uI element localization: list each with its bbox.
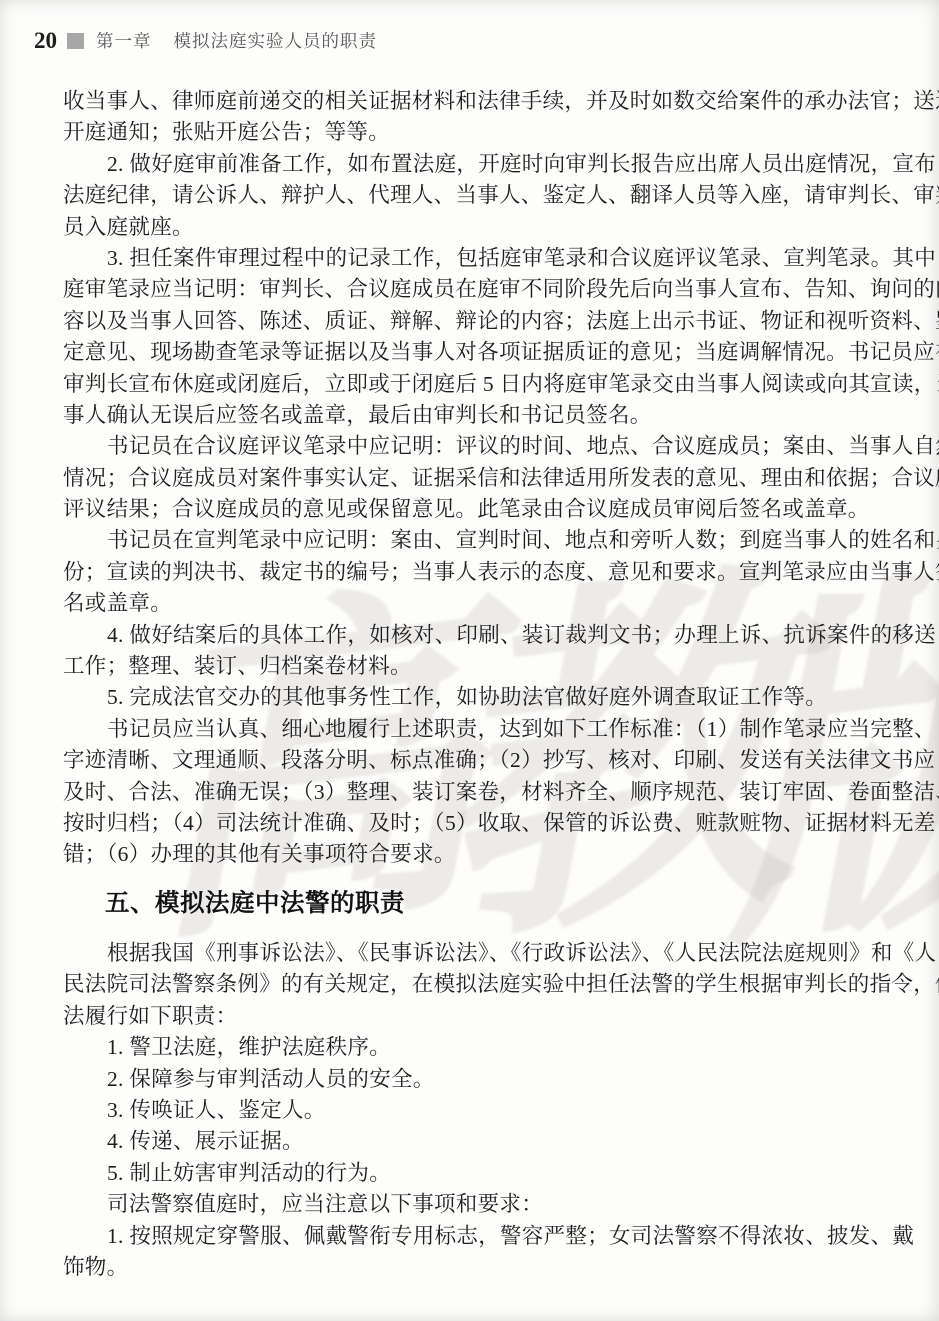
text-line: 4. 做好结案后的具体工作，如核对、印刷、装订裁判文书；办理上诉、抗诉案件的移送 [63, 620, 883, 651]
text-line: 2. 保障参与审判活动人员的安全。 [63, 1064, 883, 1095]
text-line: 开庭通知；张贴开庭公告；等等。 [63, 117, 883, 148]
body-text-section-b: 根据我国《刑事诉讼法》、《民事诉讼法》、《行政诉讼法》、《人民法院法庭规则》和《… [63, 938, 883, 1283]
text-line: 法履行如下职责： [63, 1001, 883, 1032]
text-line: 庭审笔录应当记明：审判长、合议庭成员在庭审不同阶段先后向当事人宣布、告知、询问的… [63, 274, 883, 305]
text-line: 收当事人、律师庭前递交的相关证据材料和法律手续，并及时如数交给案件的承办法官；送… [63, 86, 883, 117]
text-line: 事人确认无误后应签名或盖章，最后由审判长和书记员签名。 [63, 400, 883, 431]
text-line: 情况；合议庭成员对案件事实认定、证据采信和法律适用所发表的意见、理由和依据；合议… [63, 463, 883, 494]
running-header: 20 第一章模拟法庭实验人员的职责 [34, 28, 377, 53]
chapter-header: 第一章模拟法庭实验人员的职责 [96, 28, 377, 53]
text-line: 评议结果；合议庭成员的意见或保留意见。此笔录由合议庭成员审阅后签名或盖章。 [63, 494, 883, 525]
text-line: 错；（6）办理的其他有关事项符合要求。 [63, 839, 883, 870]
text-line: 民法院司法警察条例》的有关规定，在模拟法庭实验中担任法警的学生根据审判长的指令，… [63, 969, 883, 1000]
body-text-section-a: 收当事人、律师庭前递交的相关证据材料和法律手续，并及时如数交给案件的承办法官；送… [63, 86, 883, 871]
header-square-icon [67, 33, 84, 49]
text-line: 4. 传递、展示证据。 [63, 1126, 883, 1157]
text-line: 定意见、现场勘查笔录等证据以及当事人对各项证据质证的意见；当庭调解情况。书记员应… [63, 337, 883, 368]
text-line: 3. 传唤证人、鉴定人。 [63, 1095, 883, 1126]
text-line: 员入庭就座。 [63, 212, 883, 243]
text-line: 法庭纪律，请公诉人、辩护人、代理人、当事人、鉴定人、翻译人员等入座，请审判长、审… [63, 180, 883, 211]
text-line: 5. 完成法官交办的其他事务性工作，如协助法官做好庭外调查取证工作等。 [63, 682, 883, 713]
text-line: 书记员在宣判笔录中应记明：案由、宣判时间、地点和旁听人数；到庭当事人的姓名和身 [63, 525, 883, 556]
text-line: 名或盖章。 [63, 588, 883, 619]
chapter-title: 模拟法庭实验人员的职责 [174, 31, 378, 51]
text-line: 按时归档；（4）司法统计准确、及时；（5）收取、保管的诉讼费、赃款赃物、证据材料… [63, 808, 883, 839]
text-line: 字迹清晰、文理通顺、段落分明、标点准确；（2）抄写、核对、印刷、发送有关法律文书… [63, 745, 883, 776]
text-line: 2. 做好庭审前准备工作，如布置法庭，开庭时向审判长报告应出席人员出庭情况，宣布 [63, 149, 883, 180]
text-line: 工作；整理、装订、归档案卷材料。 [63, 651, 883, 682]
text-line: 1. 警卫法庭，维护法庭秩序。 [63, 1032, 883, 1063]
text-line: 书记员在合议庭评议笔录中应记明：评议的时间、地点、合议庭成员；案由、当事人自然 [63, 431, 883, 462]
text-line: 份；宣读的判决书、裁定书的编号；当事人表示的态度、意见和要求。宣判笔录应由当事人… [63, 557, 883, 588]
text-line: 5. 制止妨害审判活动的行为。 [63, 1158, 883, 1189]
text-line: 饰物。 [63, 1252, 883, 1283]
page-number: 20 [34, 29, 57, 52]
text-line: 司法警察值庭时，应当注意以下事项和要求： [63, 1189, 883, 1220]
text-line: 容以及当事人回答、陈述、质证、辩解、辩论的内容；法庭上出示书证、物证和视听资料、… [63, 306, 883, 337]
text-line: 根据我国《刑事诉讼法》、《民事诉讼法》、《行政诉讼法》、《人民法院法庭规则》和《… [63, 938, 883, 969]
text-line: 1. 按照规定穿警服、佩戴警衔专用标志，警容严整；女司法警察不得浓妆、披发、戴 [63, 1221, 883, 1252]
text-line: 书记员应当认真、细心地履行上述职责，达到如下工作标准：（1）制作笔录应当完整、 [63, 714, 883, 745]
text-line: 及时、合法、准确无误；（3）整理、装订案卷，材料齐全、顺序规范、装订牢固、卷面整… [63, 777, 883, 808]
chapter-label: 第一章 [96, 31, 152, 51]
book-page: 20 第一章模拟法庭实验人员的职责 高 教 版 收当事人、律师庭前递交的相关证据… [0, 0, 939, 1321]
text-line: 审判长宣布休庭或闭庭后，立即或于闭庭后 5 日内将庭审笔录交由当事人阅读或向其宣… [63, 369, 883, 400]
text-line: 3. 担任案件审理过程中的记录工作，包括庭审笔录和合议庭评议笔录、宣判笔录。其中 [63, 243, 883, 274]
section-heading: 五、模拟法庭中法警的职责 [105, 884, 405, 919]
